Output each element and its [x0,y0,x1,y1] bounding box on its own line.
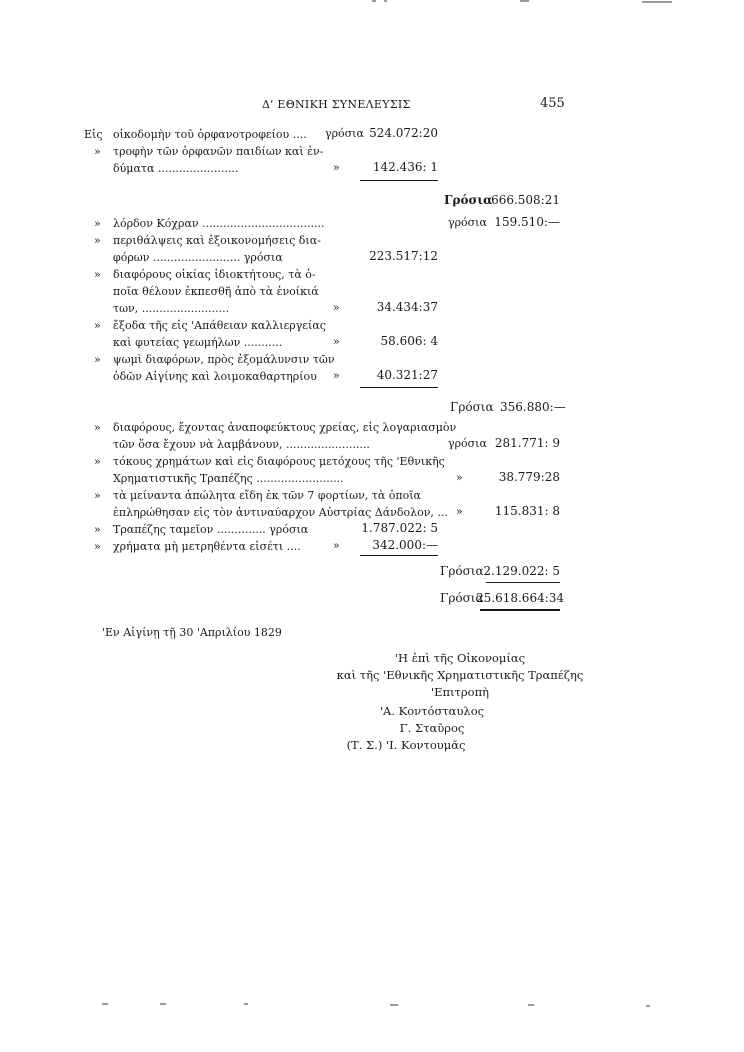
entry-amount: 58.606: 4 [360,334,438,348]
entry-text: ἔξοδα τῆς εἰς 'Απάθειαν καλλιεργείας [113,317,326,334]
entry-amount: 223.517:12 [360,249,438,263]
entry-text: διαφόρους, ἔχοντας ἀναποφεύκτους χρείας,… [113,419,456,436]
entry-text: χρήματα μὴ μετρηθέντα εἰσέτι .... [113,538,301,555]
subtotal-rule [360,387,438,388]
entry-unit: » [456,471,463,484]
subtotal-amount: 666.508:21 [482,193,560,207]
subtotal-amount: 356.880:— [482,400,560,414]
entry-amount: 34.434:37 [360,300,438,314]
entry-unit: » [333,369,340,382]
entry-text: Χρηματιστικῆς Τραπέζης .................… [113,470,344,487]
ditto-mark: » [94,317,101,334]
entry-amount: 40.321:27 [360,368,438,382]
entry-amount: 115.831: 8 [482,504,560,518]
signatory-name: (Τ. Σ.) 'Ι. Κοντουμᾶς [246,738,566,752]
entry-amount: 342.000:— [360,538,438,552]
entry-amount: 524.072:20 [360,126,438,140]
entry-amount: 281.771: 9 [482,436,560,450]
grand-total-rule [480,609,560,611]
page-number: 455 [540,96,565,111]
entry-text: διαφόρους οἰκίας ἰδιοκτήτους, τὰ ὁ- [113,266,316,283]
scan-artifact [390,1004,398,1006]
ditto-mark: » [94,538,101,555]
entry-text: δύματα ....................... [113,160,238,177]
subtotal-amount: 2.129.022: 5 [482,564,560,578]
entry-amount: 1.787.022: 5 [356,521,438,535]
entry-text: ὁδῶν Αἰγίνης καὶ λοιμοκαθαρτηρίου [113,368,317,385]
entry-text: ψωμὶ διαφόρων, πρὸς ἐξομάλυνσιν τῶν [113,351,335,368]
entry-text: τόκους χρημάτων καὶ εἰς διαφόρους μετόχο… [113,453,445,470]
scan-artifact [102,1003,108,1005]
signature-line: καὶ τῆς 'Εθνικῆς Χρηματιστικῆς Τραπέζης [300,668,620,682]
entry-text: Τραπέζης ταμεῖον .............. γρόσια [113,521,308,538]
entry-text: λόρδον Κόχραν ..........................… [113,215,324,232]
grand-total-amount: 25.618.664:34 [476,591,560,605]
entry-unit: » [333,301,340,314]
subtotal-label: Γρόσια [440,564,484,578]
scan-artifact [646,1005,650,1007]
ditto-mark: » [94,266,101,283]
signature-line: 'Επιτροπὴ [300,685,620,699]
ditto-mark: » [94,453,101,470]
entry-text: των, ......................... [113,300,229,317]
entry-text: καὶ φυτείας γεωμήλων ........... [113,334,282,351]
ditto-mark: » [94,351,101,368]
ditto-mark: » [94,521,101,538]
signatory-name: 'Α. Κοντόσταυλος [272,704,592,718]
entry-unit: » [333,161,340,174]
entry-text: φόρων ......................... γρόσια [113,249,283,266]
entry-text: τῶν ὅσα ἔχουν νὰ λαμβάνουν, ............… [113,436,370,453]
scan-artifact [642,1,672,3]
scan-artifact [160,1003,166,1005]
scan-artifact [528,1004,534,1006]
entry-prefix: Εἰς [84,126,103,143]
scan-artifact [384,0,387,2]
entry-unit: » [456,505,463,518]
entry-text: τὰ μείναντα ἀπώλητα εἴδη ἐκ τῶν 7 φορτίω… [113,487,421,504]
signatory-name: Γ. Σταῦρος [272,721,592,735]
entry-text: περιθάλψεις καὶ ἐξοικονομήσεις δια- [113,232,321,249]
ditto-mark: » [94,232,101,249]
entry-unit: » [333,539,340,552]
scan-artifact [520,0,529,2]
ditto-mark: » [94,419,101,436]
subtotal-rule [360,180,438,181]
scan-artifact [244,1003,248,1005]
signature-line: 'Η ἐπὶ τῆς Οἰκονομίας [300,651,620,665]
ditto-mark: » [94,143,101,160]
running-header-title: Δ' ΕΘΝΙΚΗ ΣΥΝΕΛΕΥΣΙΣ [262,98,411,111]
subtotal-rule [360,555,438,556]
entry-amount: 38.779:28 [482,470,560,484]
entry-unit: γρόσια [325,127,364,140]
entry-text: ἐπληρώθησαν εἰς τὸν ἀντιναύαρχον Αὐστρία… [113,504,448,521]
scan-artifact [372,0,376,2]
entry-text: οἰκοδομὴν τοῦ ὀρφανοτροφείου .... [113,126,307,143]
entry-text: ποῖα θέλουν ἐκπεσθῆ ἀπὸ τὰ ἐνοίκιά [113,283,319,300]
dateline: 'Εν Αἰγίνῃ τῇ 30 'Απριλίου 1829 [102,626,282,639]
entry-unit: » [333,335,340,348]
subtotal-rule [486,582,560,583]
entry-amount: 142.436: 1 [360,160,438,174]
entry-text: τροφὴν τῶν ὀρφανῶν παιδίων καὶ ἐν- [113,143,323,160]
ditto-mark: » [94,215,101,232]
ditto-mark: » [94,487,101,504]
entry-amount: 159.510:— [482,215,560,229]
